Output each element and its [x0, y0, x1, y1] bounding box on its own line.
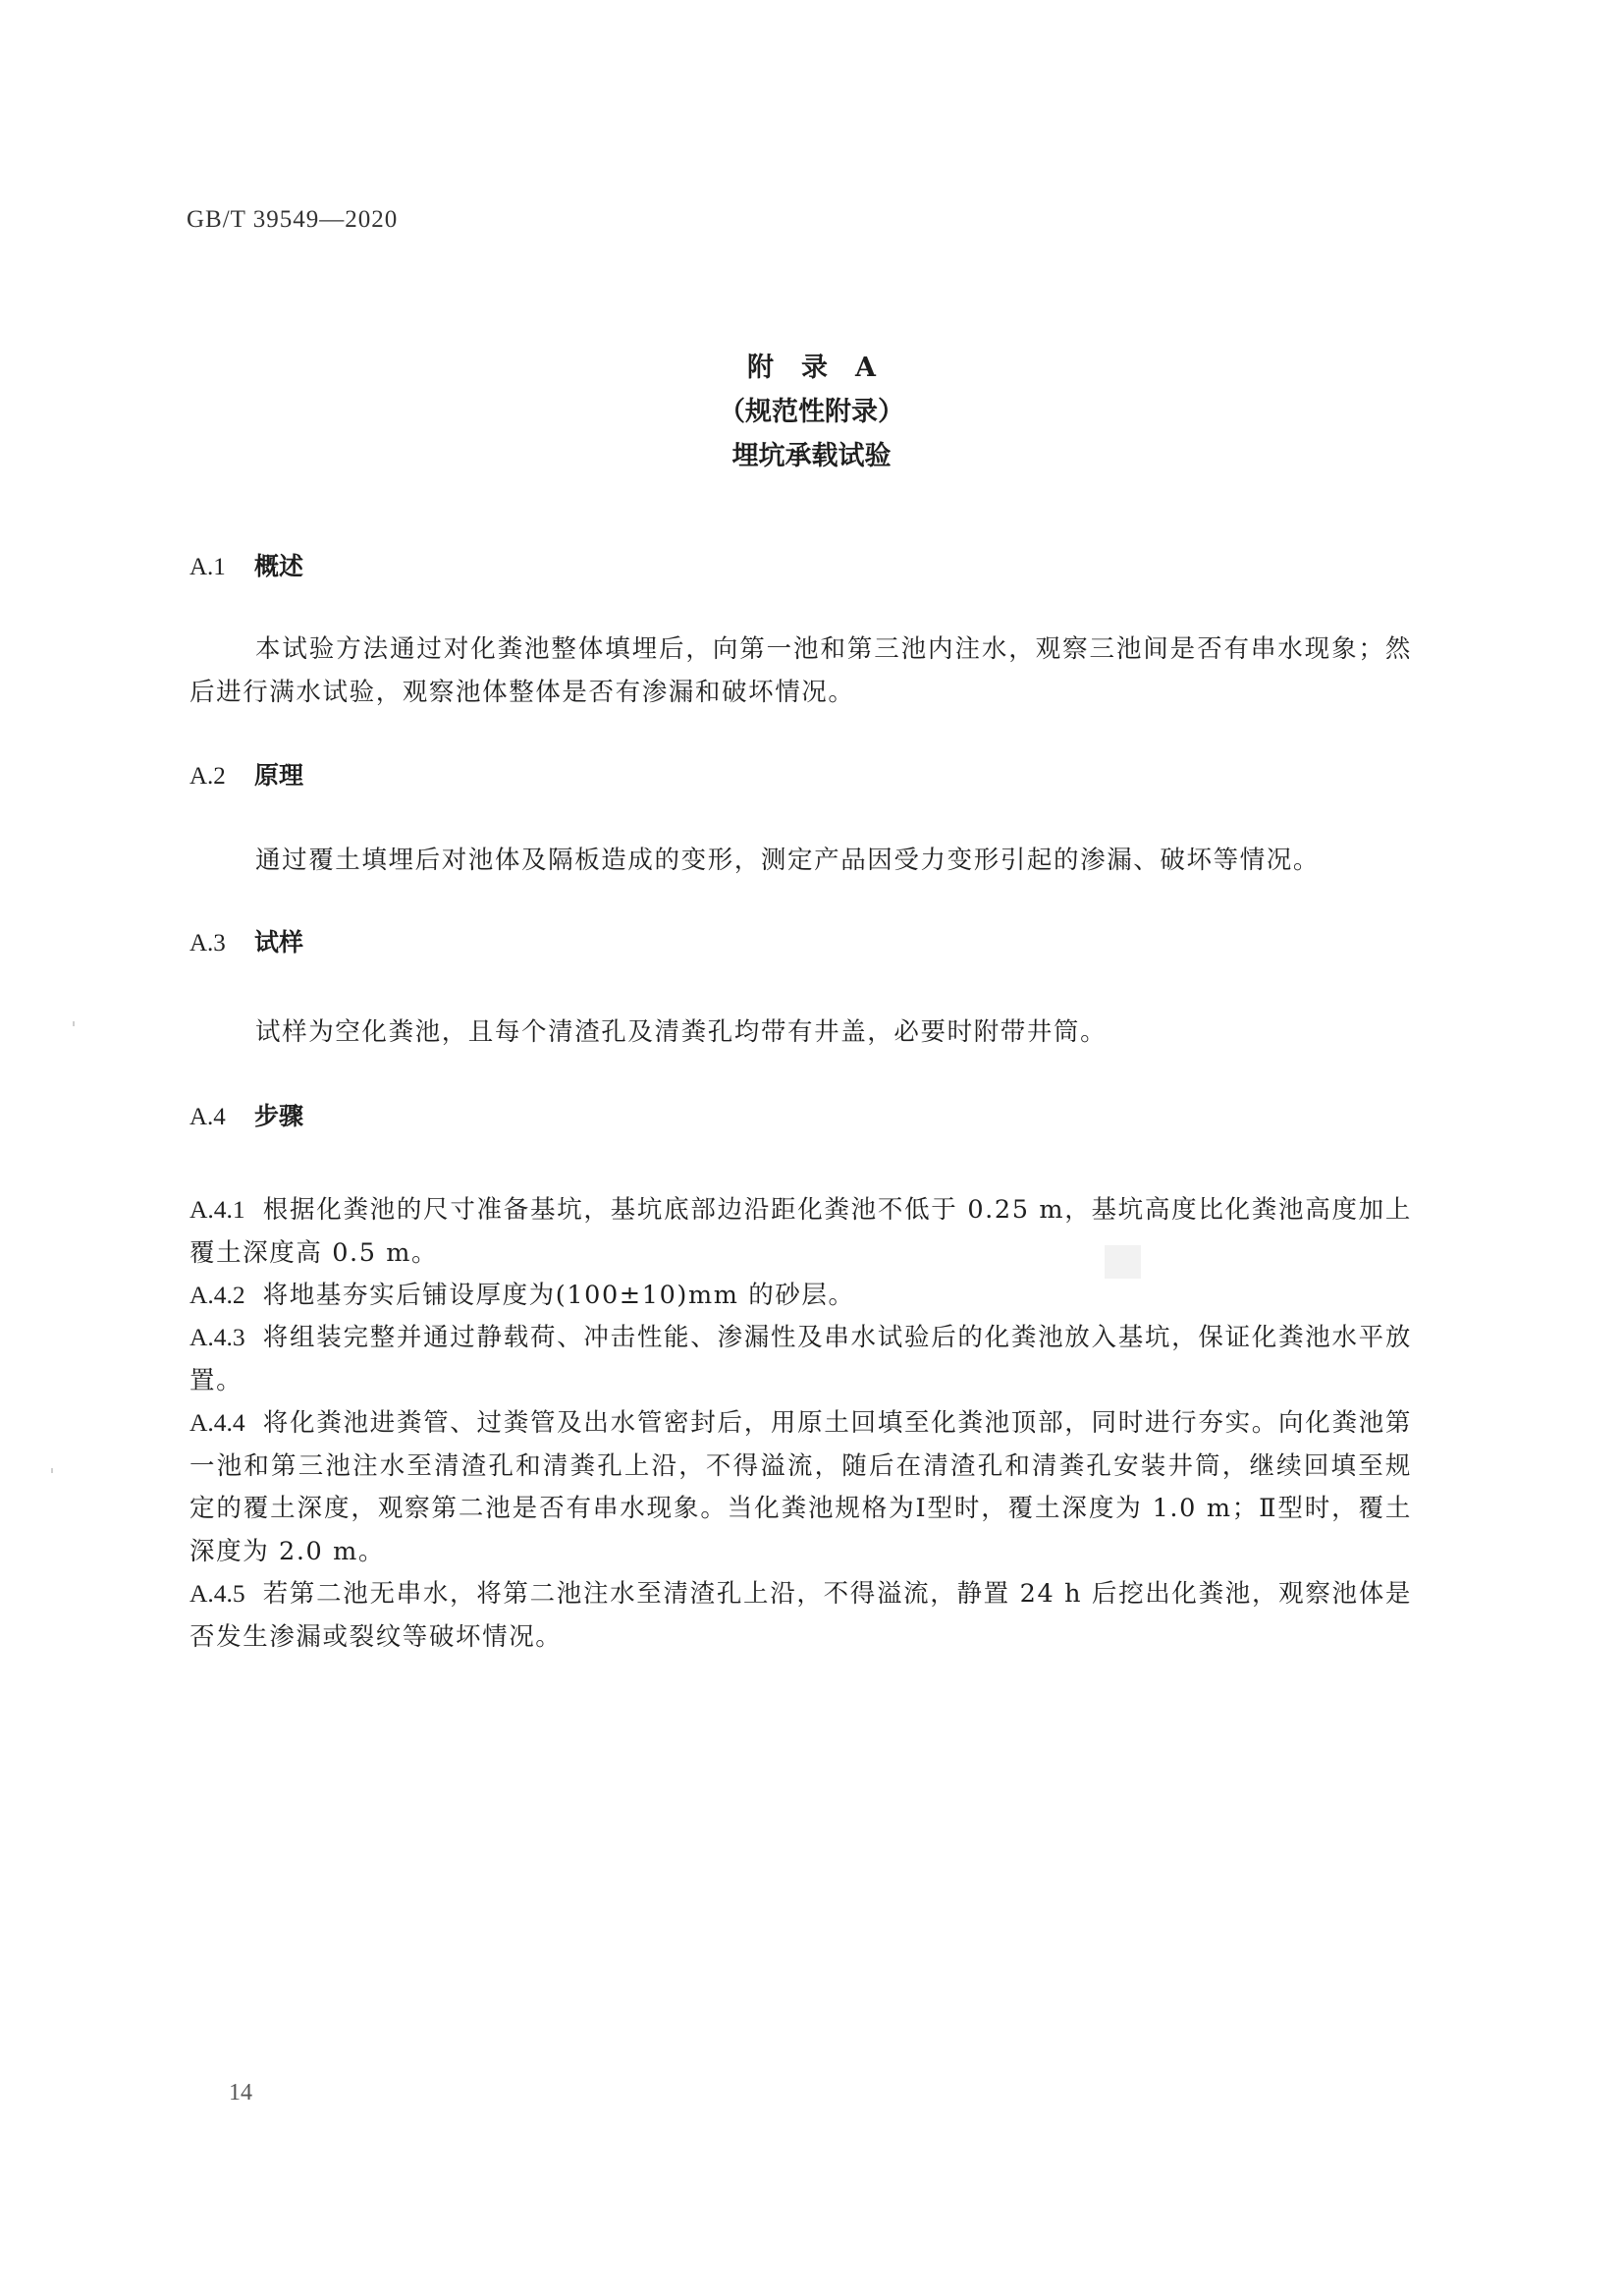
appendix-title: 埋坑承载试验 [0, 434, 1623, 472]
clause-text: 若第二池无串水，将第二池注水至清渣孔上沿，不得溢流，静置 24 h 后挖出化粪池… [189, 1579, 1412, 1652]
section-number: A.2 [189, 763, 254, 791]
section-heading-a1: A.1概述 [189, 547, 303, 582]
section-number: A.3 [189, 930, 254, 957]
step-a4-1: A.4.1根据化粪池的尺寸准备基坑，基坑底部边沿距化粪池不低于 0.25 m，基… [189, 1188, 1412, 1275]
clause-number: A.4.3 [189, 1323, 245, 1351]
section-body-a1: 本试验方法通过对化粪池整体填埋后，向第一池和第三池内注水，观察三池间是否有串水现… [189, 629, 1412, 714]
scan-speck [73, 1021, 75, 1026]
step-a4-5: A.4.5若第二池无串水，将第二池注水至清渣孔上沿，不得溢流，静置 24 h 后… [189, 1572, 1412, 1659]
appendix-label-part: A [855, 353, 876, 383]
step-a4-2: A.4.2将地基夯实后铺设厚度为(100±10)mm 的砂层。 [189, 1274, 1412, 1318]
scan-speck [51, 1468, 53, 1473]
section-number: A.1 [189, 554, 254, 581]
section-title: 步骤 [254, 1102, 303, 1130]
section-heading-a3: A.3试样 [189, 923, 303, 958]
step-a4-4: A.4.4将化粪池进粪管、过粪管及出水管密封后，用原土回填至化粪池顶部，同时进行… [189, 1401, 1412, 1573]
section-number: A.4 [189, 1104, 254, 1131]
appendix-type: （规范性附录） [0, 390, 1623, 428]
clause-text: 将地基夯实后铺设厚度为(100±10)mm 的砂层。 [263, 1281, 855, 1310]
page-number: 14 [229, 2080, 252, 2106]
clause-text: 根据化粪池的尺寸准备基坑，基坑底部边沿距化粪池不低于 0.25 m，基坑高度比化… [189, 1195, 1412, 1268]
clause-text: 将组装完整并通过静载荷、冲击性能、渗漏性及串水试验后的化粪池放入基坑，保证化粪池… [189, 1323, 1412, 1395]
step-a4-3: A.4.3将组装完整并通过静载荷、冲击性能、渗漏性及串水试验后的化粪池放入基坑，… [189, 1316, 1412, 1402]
section-heading-a2: A.2原理 [189, 756, 303, 792]
section-heading-a4: A.4步骤 [189, 1097, 303, 1132]
section-title: 概述 [254, 552, 303, 580]
appendix-label: 附录A [0, 346, 1623, 384]
appendix-label-part: 录 [801, 346, 828, 384]
clause-text: 将化粪池进粪管、过粪管及出水管密封后，用原土回填至化粪池顶部，同时进行夯实。向化… [189, 1408, 1412, 1566]
document-id-header: GB/T 39549—2020 [187, 206, 398, 234]
clause-number: A.4.5 [189, 1579, 245, 1608]
appendix-label-part: 附 [747, 346, 774, 384]
clause-number: A.4.2 [189, 1281, 245, 1309]
clause-number: A.4.1 [189, 1195, 245, 1224]
section-body-a2: 通过覆土填埋后对池体及隔板造成的变形，测定产品因受力变形引起的渗漏、破坏等情况。 [189, 840, 1412, 883]
section-title: 原理 [254, 761, 303, 790]
section-title: 试样 [254, 928, 303, 957]
clause-number: A.4.4 [189, 1408, 245, 1437]
section-body-a3: 试样为空化粪池，且每个清渣孔及清粪孔均带有井盖，必要时附带井筒。 [189, 1011, 1412, 1055]
scan-artifact [1105, 1245, 1141, 1279]
